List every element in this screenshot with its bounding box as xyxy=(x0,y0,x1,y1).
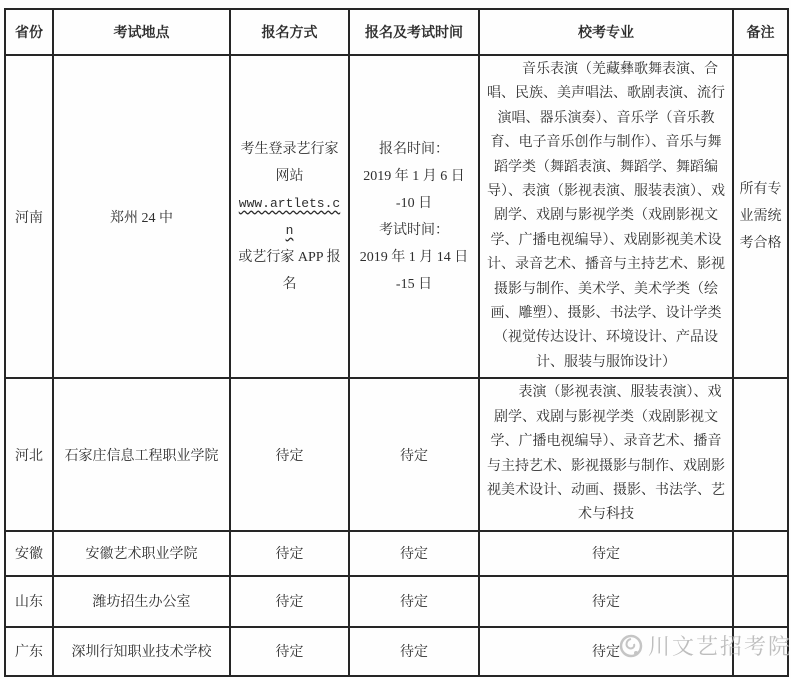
cell-location: 石家庄信息工程职业学院 xyxy=(53,378,230,530)
header-cell-time: 报名及考试时间 xyxy=(349,9,479,55)
cell-province: 广东 xyxy=(5,627,53,676)
cell-majors: 待定 xyxy=(479,576,733,627)
table-row-hebei: 河北 石家庄信息工程职业学院 待定 待定 表演（影视表演、服装表演）、戏剧学、戏… xyxy=(5,378,788,530)
majors-text: 音乐表演（羌藏彝歌舞表演、合唱、民族、美声唱法、歌剧表演、流行演唱、器乐演奏）、… xyxy=(484,58,728,375)
cell-note: 所有专业需统考合格 xyxy=(733,55,788,378)
method-text: 或艺行家 APP 报名 xyxy=(238,250,340,292)
document-page: 省份 考试地点 报名方式 报名及考试时间 校考专业 备注 河南 郑州 24 中 … xyxy=(0,0,791,679)
header-cell-majors: 校考专业 xyxy=(479,9,733,55)
cell-note xyxy=(733,531,788,576)
registration-url-link[interactable]: www.artlets.cn xyxy=(239,196,340,238)
cell-method: 待定 xyxy=(230,576,349,627)
cell-location: 深圳行知职业技术学校 xyxy=(53,627,230,676)
cell-method: 待定 xyxy=(230,531,349,576)
cell-method: 待定 xyxy=(230,627,349,676)
cell-province: 河北 xyxy=(5,378,53,530)
cell-method: 考生登录艺行家网站 www.artlets.cn 或艺行家 APP 报名 xyxy=(230,55,349,378)
cell-location: 郑州 24 中 xyxy=(53,55,230,378)
cell-method: 待定 xyxy=(230,378,349,530)
table-row-henan: 河南 郑州 24 中 考生登录艺行家网站 www.artlets.cn 或艺行家… xyxy=(5,55,788,378)
cell-location: 潍坊招生办公室 xyxy=(53,576,230,627)
cell-province: 山东 xyxy=(5,576,53,627)
cell-note xyxy=(733,576,788,627)
cell-majors: 音乐表演（羌藏彝歌舞表演、合唱、民族、美声唱法、歌剧表演、流行演唱、器乐演奏）、… xyxy=(479,55,733,378)
header-cell-province: 省份 xyxy=(5,9,53,55)
cell-majors: 待定 xyxy=(479,531,733,576)
cell-province: 安徽 xyxy=(5,531,53,576)
table-row-guangdong: 广东 深圳行知职业技术学校 待定 待定 待定 xyxy=(5,627,788,676)
cell-time: 待定 xyxy=(349,378,479,530)
cell-majors: 待定 xyxy=(479,627,733,676)
header-row: 省份 考试地点 报名方式 报名及考试时间 校考专业 备注 xyxy=(5,9,788,55)
majors-text: 表演（影视表演、服装表演）、戏剧学、戏剧与影视学类（戏剧影视文学、广播电视编导）… xyxy=(484,381,728,527)
exam-schedule-table: 省份 考试地点 报名方式 报名及考试时间 校考专业 备注 河南 郑州 24 中 … xyxy=(4,8,789,677)
method-text: 考生登录艺行家网站 xyxy=(241,142,339,184)
header-cell-location: 考试地点 xyxy=(53,9,230,55)
table-row-anhui: 安徽 安徽艺术职业学院 待定 待定 待定 xyxy=(5,531,788,576)
cell-location: 安徽艺术职业学院 xyxy=(53,531,230,576)
header-cell-note: 备注 xyxy=(733,9,788,55)
cell-time: 报名时间： 2019 年 1 月 6 日 -10 日 考试时间： 2019 年 … xyxy=(349,55,479,378)
cell-majors: 表演（影视表演、服装表演）、戏剧学、戏剧与影视学类（戏剧影视文学、广播电视编导）… xyxy=(479,378,733,530)
header-cell-method: 报名方式 xyxy=(230,9,349,55)
cell-note xyxy=(733,627,788,676)
cell-time: 待定 xyxy=(349,531,479,576)
cell-time: 待定 xyxy=(349,627,479,676)
cell-province: 河南 xyxy=(5,55,53,378)
table-row-shandong: 山东 潍坊招生办公室 待定 待定 待定 xyxy=(5,576,788,627)
cell-note xyxy=(733,378,788,530)
cell-time: 待定 xyxy=(349,576,479,627)
